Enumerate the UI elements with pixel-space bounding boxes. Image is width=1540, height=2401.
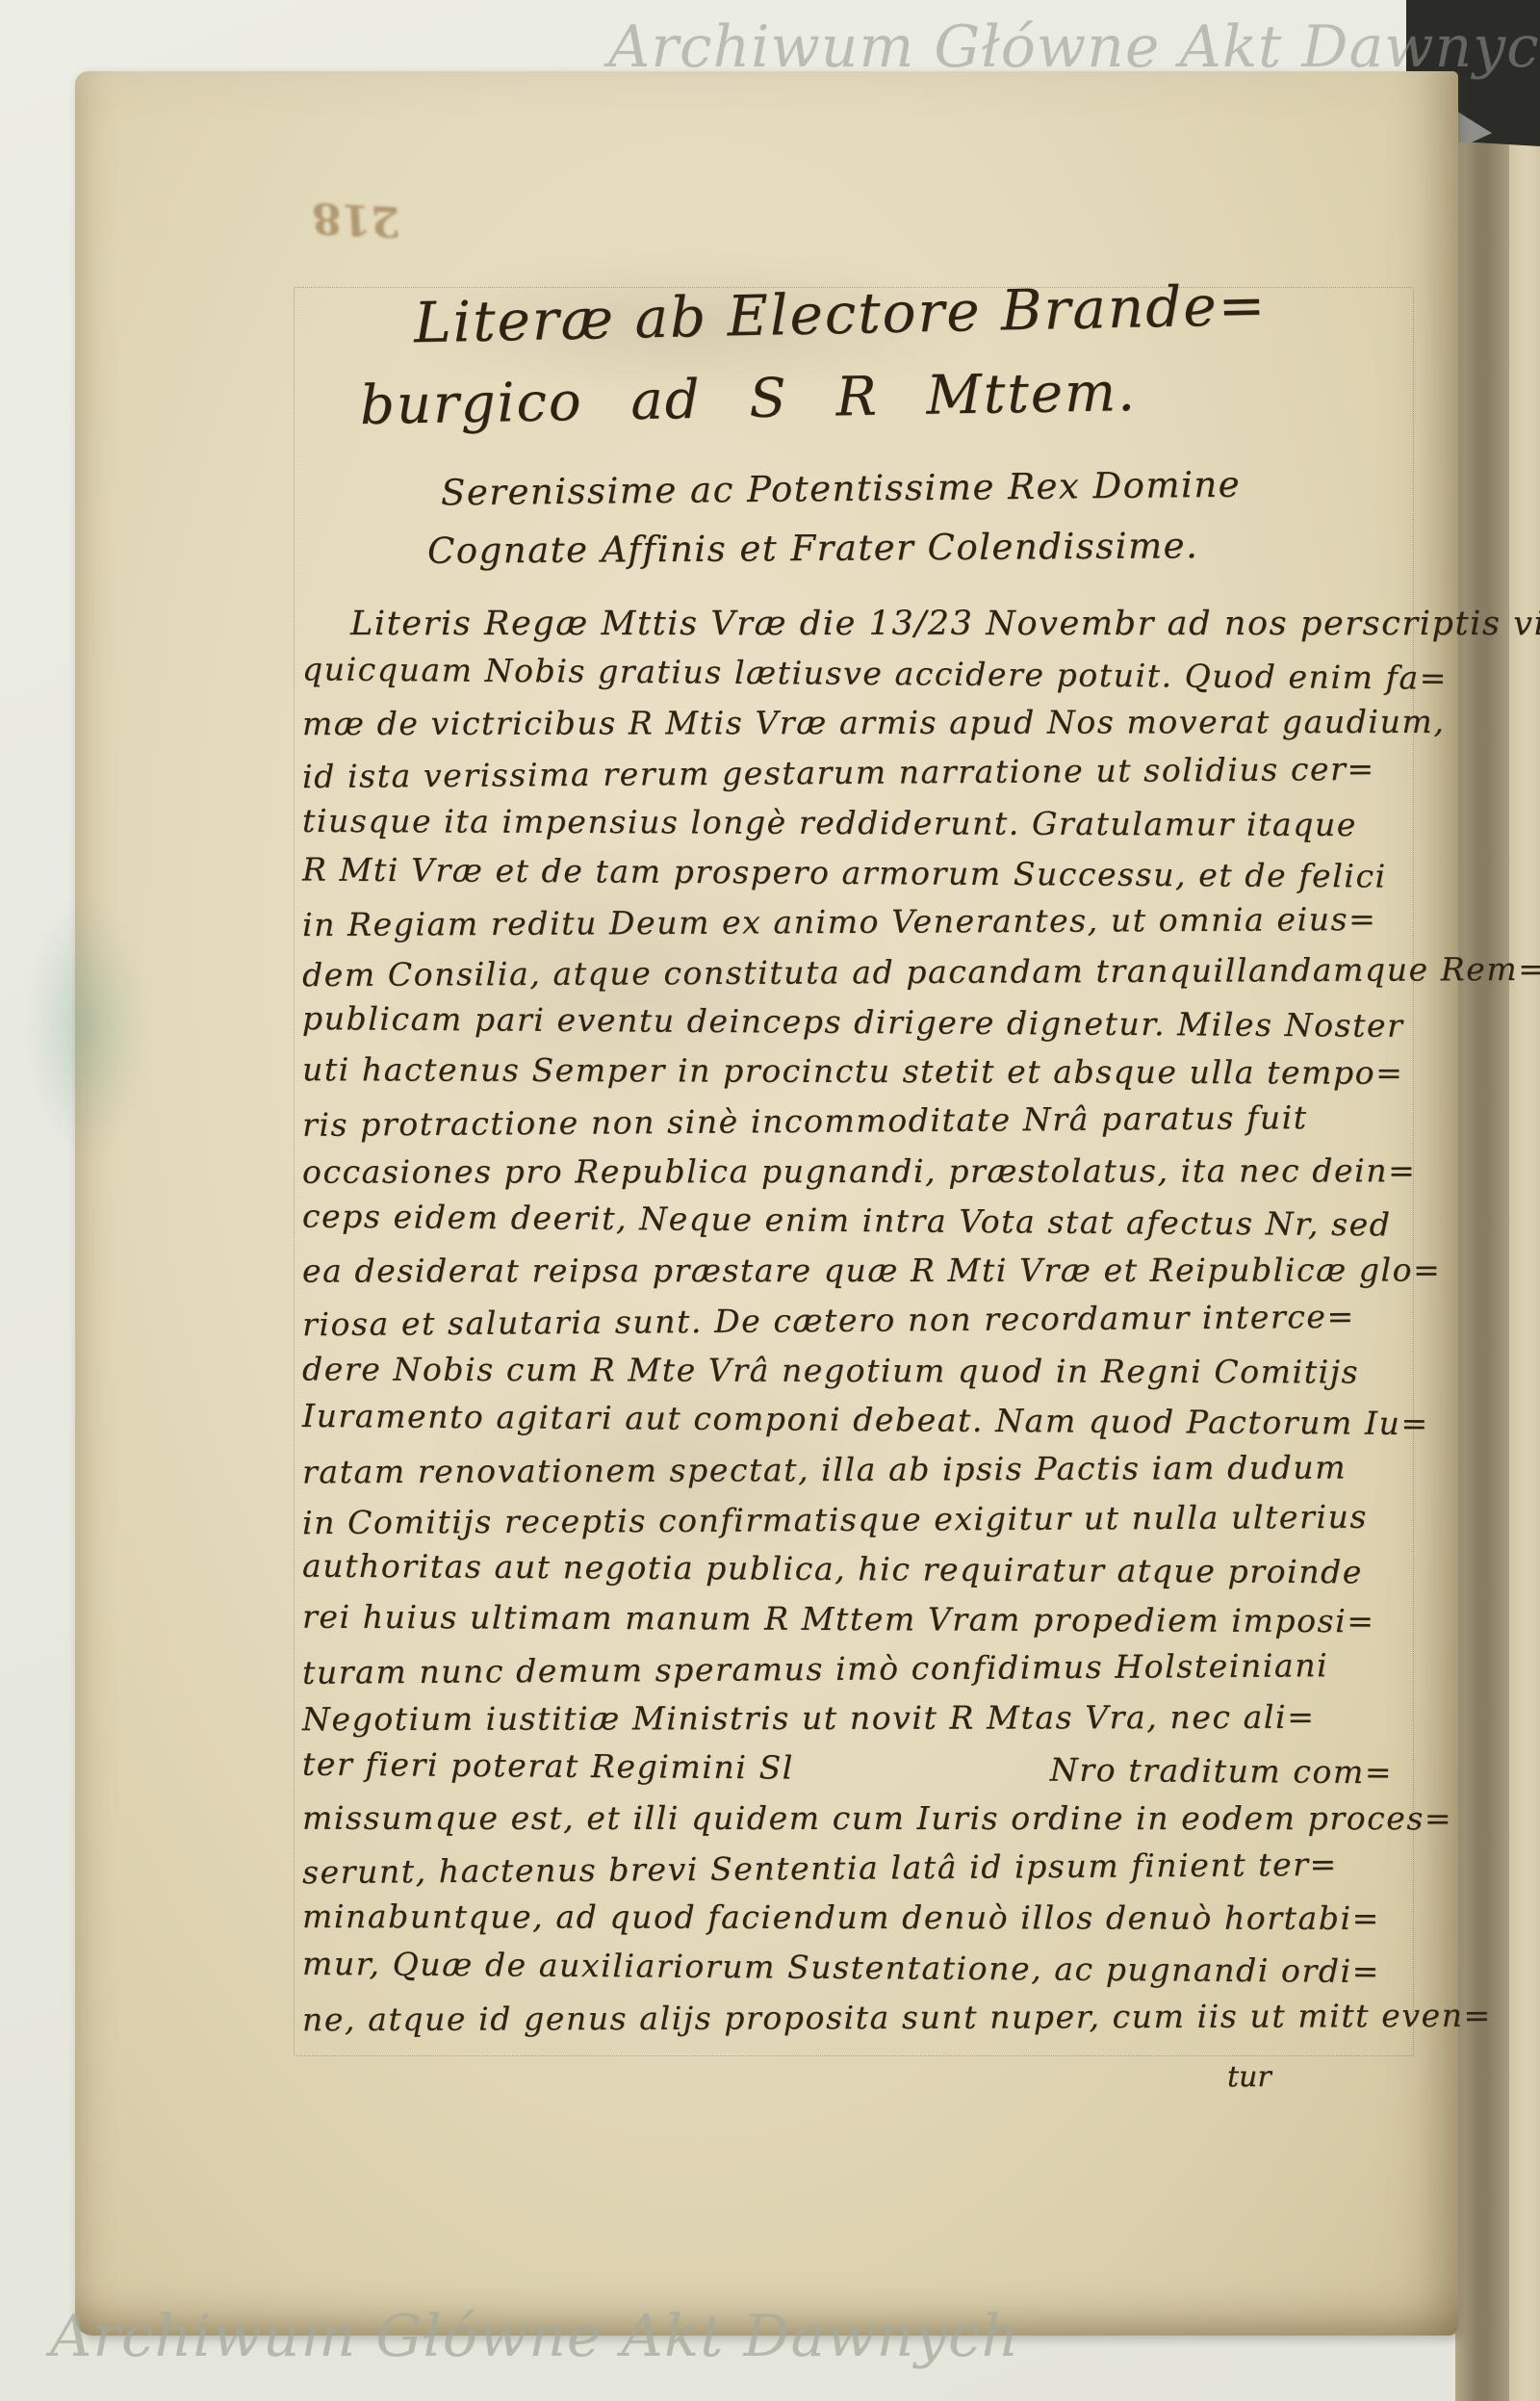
manuscript-line: ratam renovationem spectat, illa ab ipsi… bbox=[302, 1448, 1347, 1490]
stamp-bleedthrough bbox=[29, 901, 144, 1151]
folio-number-bleedthrough: 218 bbox=[311, 192, 401, 245]
manuscript-line: ne, atque id genus alijs proposita sunt … bbox=[302, 1996, 1492, 2038]
manuscript-line: tiusque ita impensius longè reddiderunt.… bbox=[302, 802, 1357, 843]
salutation-line1: Serenissime ac Potentissime Rex Domine bbox=[441, 464, 1241, 514]
manuscript-line: ea desiderat reipsa præstare quæ R Mti V… bbox=[302, 1252, 1441, 1290]
manuscript-line: riosa et salutaria sunt. De cætero non r… bbox=[302, 1298, 1355, 1343]
manuscript-line: minabuntque, ad quod faciendum denuò ill… bbox=[302, 1898, 1380, 1937]
underlying-page-edge bbox=[1509, 133, 1540, 2401]
manuscript-line: ris protractione non sinè incommoditate … bbox=[302, 1098, 1308, 1144]
manuscript-line: Negotium iustitiæ Ministris ut novit R M… bbox=[302, 1698, 1316, 1738]
manuscript-line: mur, Quæ de auxiliariorum Sustentatione,… bbox=[302, 1945, 1380, 1990]
manuscript-line: authoritas aut negotia publica, hic requ… bbox=[302, 1547, 1363, 1591]
archival-scan: { "watermark": { "text": "Archiwum Główn… bbox=[0, 0, 1540, 2401]
manuscript-line: Literis Regæ Mttis Vræ die 13/23 Novembr… bbox=[302, 605, 1540, 643]
manuscript-line: in Regiam reditu Deum ex animo Venerante… bbox=[302, 900, 1377, 943]
archive-watermark-top: Archiwum Główne Akt Dawnych bbox=[608, 13, 1540, 81]
manuscript-line: uti hactenus Semper in procinctu stetit … bbox=[302, 1050, 1404, 1092]
book-gutter-shadow bbox=[1455, 133, 1509, 2401]
manuscript-page: 218 Literæ ab Electore Brande= burgico a… bbox=[75, 71, 1458, 2336]
manuscript-line: occasiones pro Republica pugnandi, præst… bbox=[302, 1151, 1416, 1190]
manuscript-line: missumque est, et illi quidem cum Iuris … bbox=[302, 1799, 1452, 1837]
manuscript-line: in Comitijs receptis confirmatisque exig… bbox=[302, 1497, 1368, 1540]
manuscript-line: turam nunc demum speramus imò confidimus… bbox=[302, 1646, 1329, 1691]
manuscript-line: id ista verissima rerum gestarum narrati… bbox=[302, 750, 1375, 795]
manuscript-line: dem Consilia, atque constituta ad pacand… bbox=[302, 950, 1540, 994]
manuscript-line: publicam pari eventu deinceps dirigere d… bbox=[302, 999, 1404, 1045]
salutation-line2: Cognate Affinis et Frater Colendissime. bbox=[427, 525, 1199, 572]
manuscript-line: mæ de victricibus R Mtis Vræ armis apud … bbox=[302, 703, 1445, 742]
manuscript-line: R Mti Vræ et de tam prospero armorum Suc… bbox=[302, 850, 1387, 894]
manuscript-line: serunt, hactenus brevi Sententia latâ id… bbox=[302, 1845, 1338, 1890]
manuscript-line: rei huius ultimam manum R Mttem Vram pro… bbox=[302, 1598, 1375, 1640]
manuscript-line: dere Nobis cum R Mte Vrâ negotium quod i… bbox=[302, 1350, 1359, 1390]
archive-watermark-bottom: Archiwum Główne Akt Dawnych bbox=[50, 2303, 1019, 2370]
catchword: tur bbox=[1227, 2060, 1271, 2094]
